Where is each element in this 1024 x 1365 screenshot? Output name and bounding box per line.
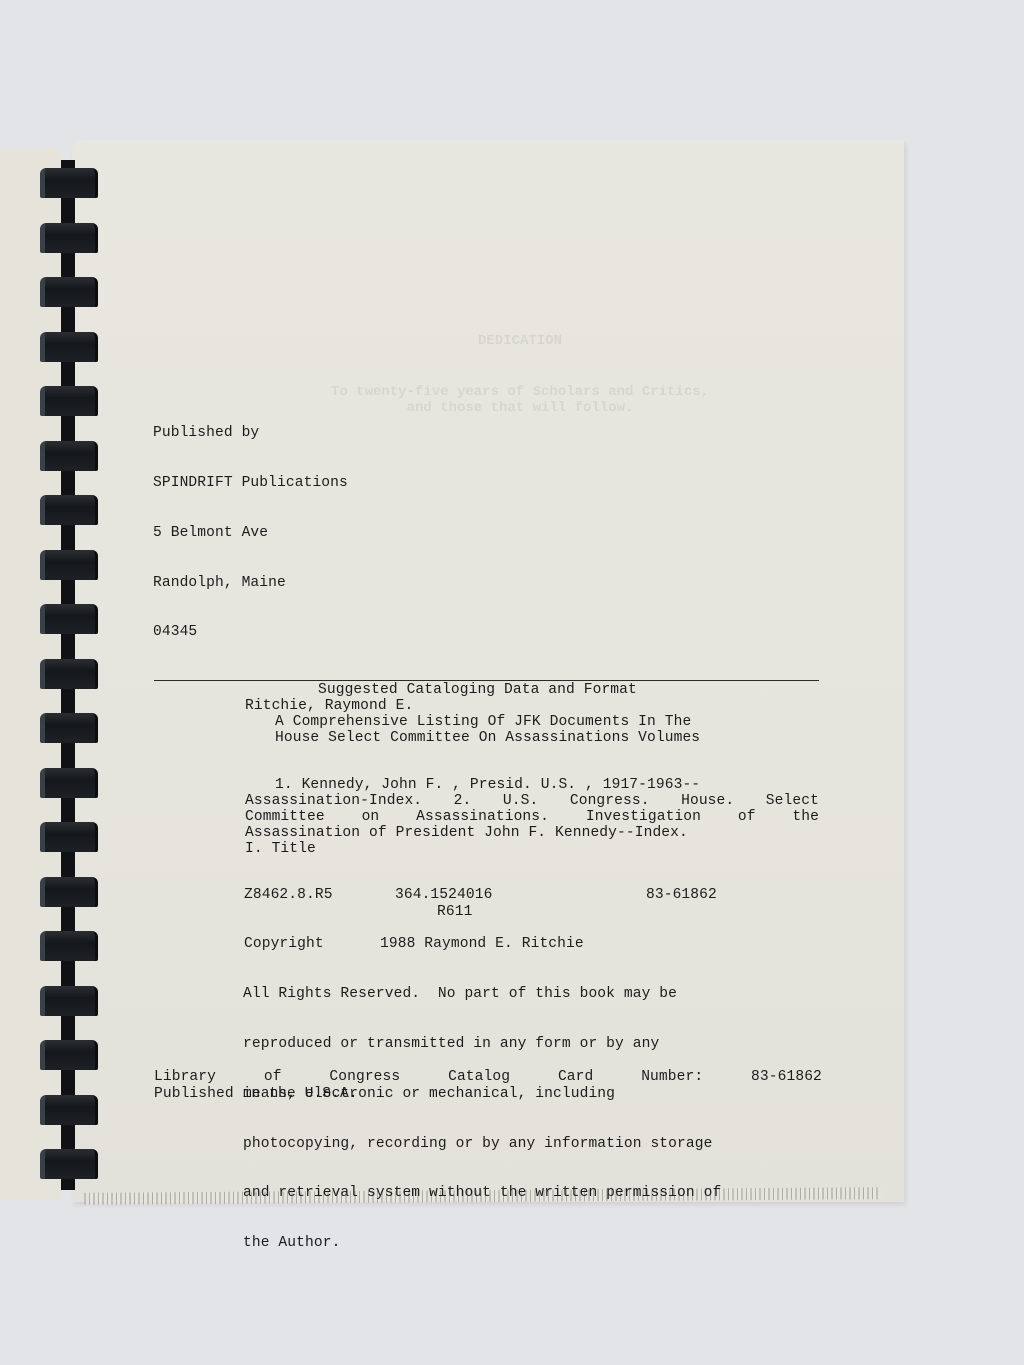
binding-ring — [40, 659, 98, 689]
rights-line: and retrieval system without the written… — [243, 1185, 721, 1202]
rights-line: reproduced or transmitted in any form or… — [243, 1036, 721, 1053]
binding-ring — [40, 332, 98, 362]
rights-statement: All Rights Reserved. No part of this boo… — [243, 953, 721, 1268]
lccn-word: Library — [154, 1069, 216, 1086]
subject-word: U.S. — [503, 793, 538, 810]
binding-ring — [40, 386, 98, 416]
binding-ring — [40, 495, 98, 525]
subject-word: Congress. — [570, 793, 650, 810]
binding-ring — [40, 1095, 98, 1125]
publisher-city: Randolph, Maine — [153, 575, 348, 592]
published-in: Published in the U.S.A. — [154, 1086, 358, 1103]
lccn-word: Card — [558, 1069, 593, 1086]
binding-ring — [40, 604, 98, 634]
binding-ring — [40, 223, 98, 253]
lccn-word: 83-61862 — [751, 1069, 822, 1086]
lc-class-number: Z8462.8.R5 — [244, 887, 333, 904]
binding-ring — [40, 1149, 98, 1179]
rights-line: the Author. — [243, 1235, 721, 1252]
dewey-number: 364.1524016 — [395, 887, 492, 904]
cataloging-title-line-1: A Comprehensive Listing Of JFK Documents… — [275, 714, 691, 731]
subject-word: Assassination-Index. — [245, 793, 422, 810]
subject-word: 2. — [454, 793, 472, 810]
lccn-word: of — [264, 1069, 282, 1086]
subject-word: House. — [681, 793, 734, 810]
subject-word: Committee — [245, 809, 325, 826]
subjects-line-1: 1. Kennedy, John F. , Presid. U.S. , 191… — [275, 777, 700, 794]
rights-line: photocopying, recording or by any inform… — [243, 1136, 721, 1153]
copyright-holder: 1988 Raymond E. Ritchie — [380, 936, 584, 953]
binding-ring — [40, 768, 98, 798]
subjects-line-3: CommitteeonAssassinations.Investigationo… — [245, 809, 819, 826]
bleed-through-heading: DEDICATION — [380, 333, 660, 349]
binding-ring — [40, 931, 98, 961]
binding-ring — [40, 441, 98, 471]
cutter-number: R611 — [437, 904, 472, 921]
subject-word: of — [738, 809, 756, 826]
lccn-number: 83-61862 — [646, 887, 717, 904]
binding-ring — [40, 168, 98, 198]
binding-ring — [40, 713, 98, 743]
binding-ring — [40, 877, 98, 907]
cataloging-heading: Suggested Cataloging Data and Format — [318, 682, 637, 699]
subject-word: Investigation — [586, 809, 701, 826]
subjects-line-5: I. Title — [245, 841, 316, 858]
lccn-statement: LibraryofCongressCatalogCardNumber:83-61… — [154, 1069, 822, 1086]
lccn-word: Congress — [329, 1069, 400, 1086]
binding-ring — [40, 550, 98, 580]
lccn-word: Catalog — [448, 1069, 510, 1086]
binding-ring — [40, 822, 98, 852]
divider-rule — [154, 680, 819, 681]
cataloging-title-line-2: House Select Committee On Assassinations… — [275, 730, 700, 747]
cataloging-author: Ritchie, Raymond E. — [245, 698, 413, 715]
lccn-word: Number: — [641, 1069, 703, 1086]
publisher-block: Published by SPINDRIFT Publications 5 Be… — [153, 392, 348, 658]
subject-word: Select — [766, 793, 819, 810]
publisher-street: 5 Belmont Ave — [153, 525, 348, 542]
binding-ring — [40, 277, 98, 307]
rights-line: All Rights Reserved. No part of this boo… — [243, 986, 721, 1003]
subject-word: the — [792, 809, 819, 826]
subject-word: Assassinations. — [416, 809, 549, 826]
binding-ring — [40, 1040, 98, 1070]
comb-binding — [36, 160, 106, 1190]
subject-word: on — [362, 809, 380, 826]
binding-ring — [40, 986, 98, 1016]
publisher-line: Published by — [153, 425, 348, 442]
copyright-label: Copyright — [244, 936, 324, 953]
subjects-line-4: Assassination of President John F. Kenne… — [245, 825, 688, 842]
publisher-name: SPINDRIFT Publications — [153, 475, 348, 492]
subjects-line-2: Assassination-Index.2.U.S.Congress.House… — [245, 793, 819, 810]
publisher-zip: 04345 — [153, 624, 348, 641]
